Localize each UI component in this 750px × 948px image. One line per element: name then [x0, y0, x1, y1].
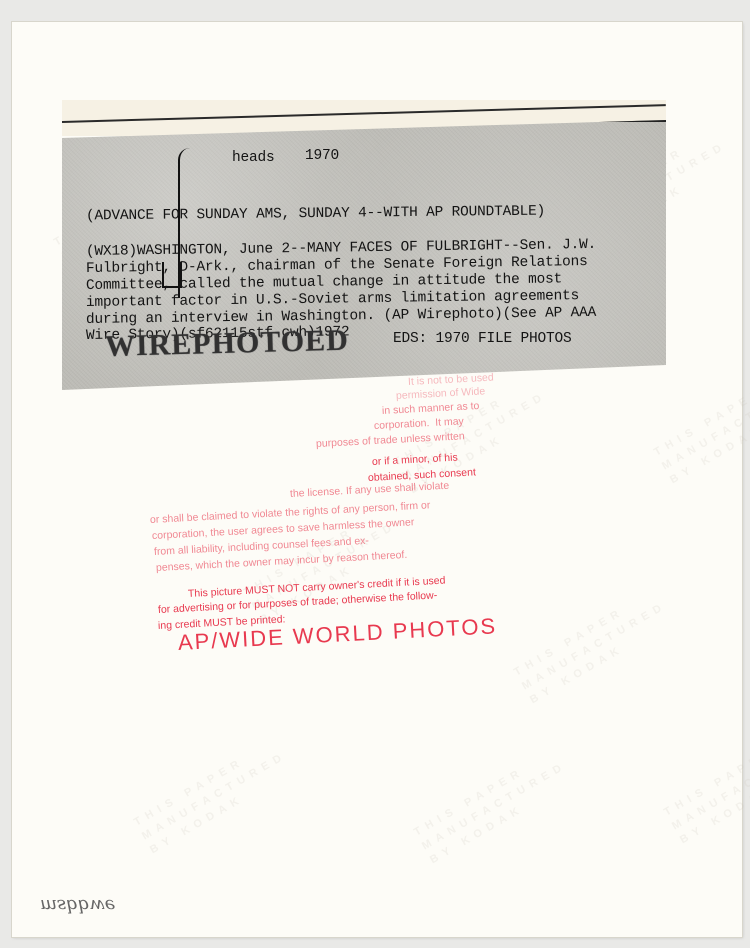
handwritten-note: msbbwe [40, 895, 115, 916]
kodak-watermark: THIS PAPER MANUFACTURED BY KODAK [661, 724, 750, 848]
wirephotoed-stamp: WIREPHOTOED [105, 324, 350, 364]
eds-note: EDS: 1970 FILE PHOTOS [393, 331, 572, 347]
heads-label: heads [232, 150, 275, 166]
kodak-watermark: THIS PAPER MANUFACTURED BY KODAK [651, 364, 750, 488]
kodak-watermark: THIS PAPER MANUFACTURED BY KODAK [411, 744, 578, 868]
kodak-watermark: THIS PAPER MANUFACTURED BY KODAK [131, 734, 298, 858]
heads-year: 1970 [305, 148, 339, 164]
kodak-watermark: THIS PAPER MANUFACTURED BY KODAK [511, 584, 678, 708]
